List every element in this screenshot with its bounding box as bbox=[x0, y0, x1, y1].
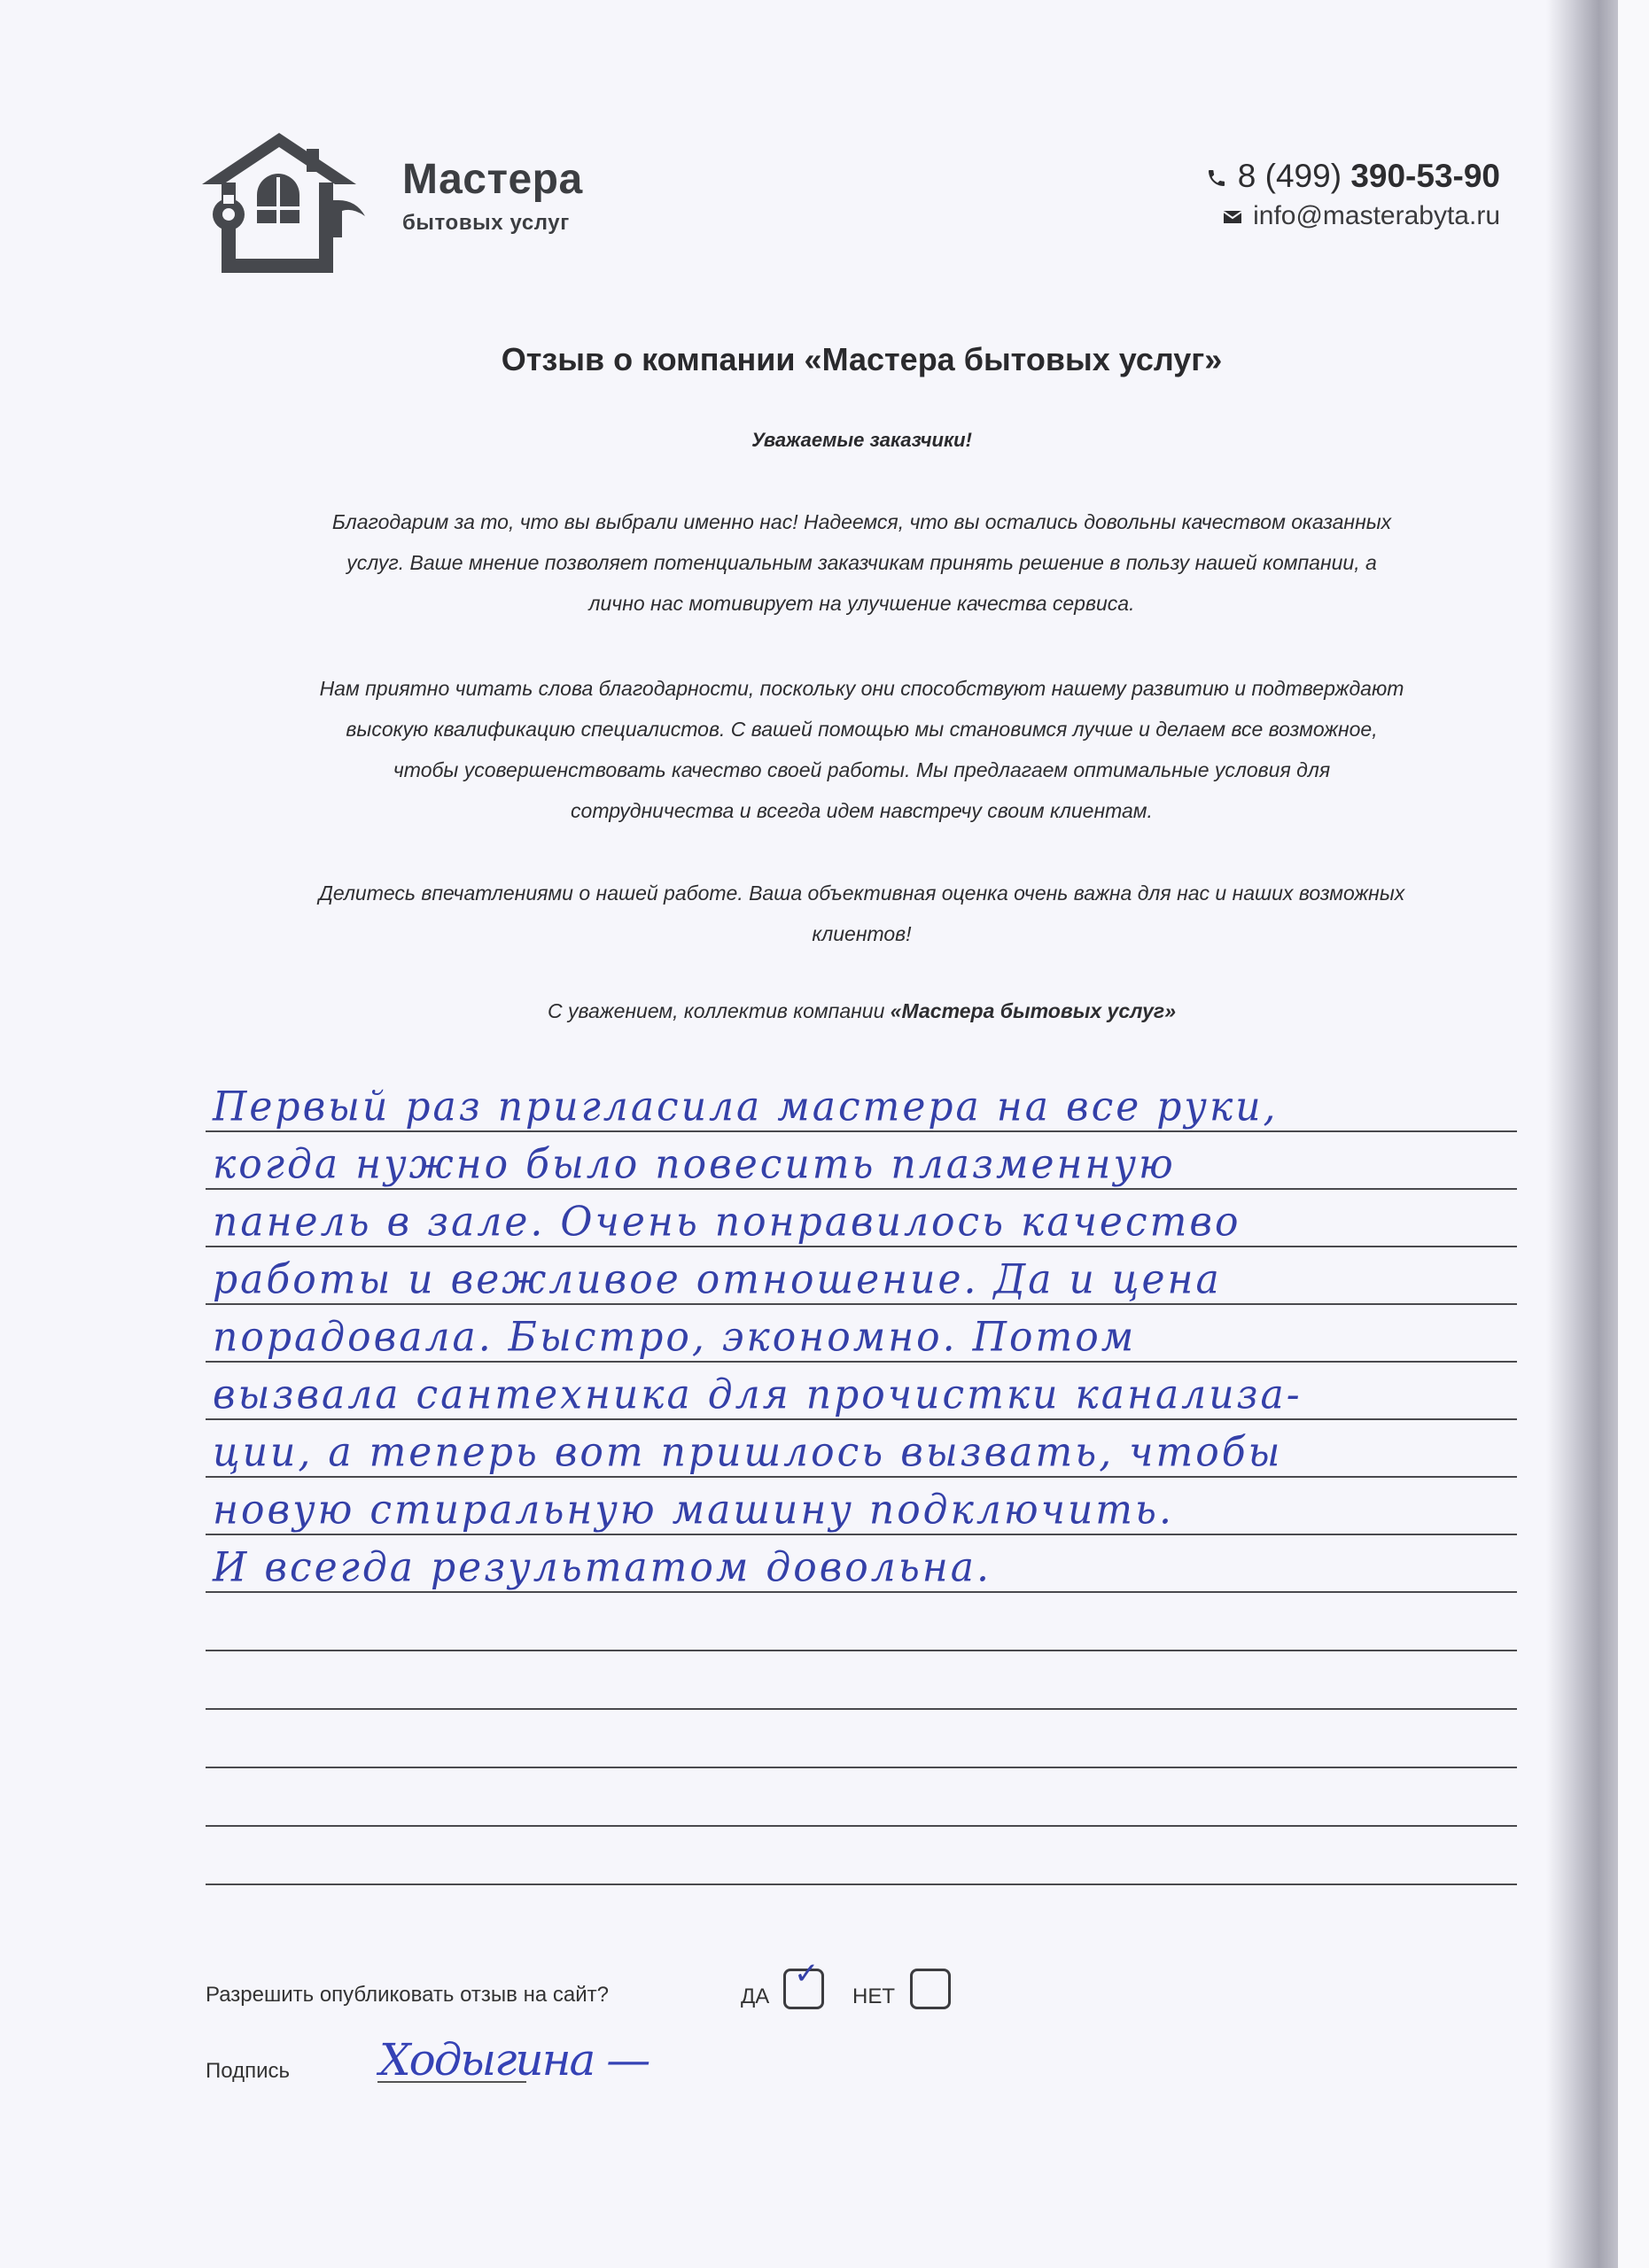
ruled-line bbox=[206, 1418, 1517, 1420]
publish-question: Разрешить опубликовать отзыв на сайт? bbox=[206, 1983, 609, 2008]
handwritten-line: ции, а теперь вот пришлось вызвать, чтоб… bbox=[213, 1429, 1282, 1477]
signature-label: Подпись bbox=[206, 2059, 290, 2084]
brand-subtitle: бытовых услуг bbox=[402, 211, 570, 236]
scan-edge-shadow bbox=[1546, 0, 1622, 2268]
ruled-line bbox=[206, 1767, 1517, 1768]
ruled-line bbox=[206, 1884, 1517, 1885]
house-with-tools-icon bbox=[202, 133, 370, 275]
paragraph-line: Делитесь впечатлениями о нашей работе. В… bbox=[199, 873, 1524, 913]
signoff-company: «Мастера бытовых услуг» bbox=[891, 999, 1176, 1022]
handwritten-line: новую стиральную машину подключить. bbox=[213, 1487, 1174, 1534]
ruled-line bbox=[206, 1476, 1517, 1478]
ruled-line bbox=[206, 1303, 1517, 1305]
review-form-page: Мастера бытовых услуг 8 (499) 390-53-90 … bbox=[0, 0, 1649, 2268]
handwritten-line: когда нужно было повесить плазменную bbox=[213, 1141, 1176, 1189]
paragraph-line: сотрудничества и всегда идем навстречу с… bbox=[199, 790, 1524, 831]
ruled-line bbox=[206, 1130, 1517, 1132]
email-line: info@masterabyta.ru bbox=[1206, 197, 1500, 236]
intro-paragraph-1: Благодарим за то, что вы выбрали именно … bbox=[199, 501, 1524, 624]
phone-number: 390-53-90 bbox=[1350, 158, 1500, 194]
handwritten-line: И всегда результатом довольна. bbox=[213, 1544, 992, 1592]
no-label: НЕТ bbox=[852, 1984, 895, 2009]
paragraph-line: чтобы усовершенствовать качество своей р… bbox=[199, 750, 1524, 790]
signature-underline bbox=[377, 2081, 526, 2083]
handwritten-line: Первый раз пригласила мастера на все рук… bbox=[213, 1084, 1279, 1131]
page-title: Отзыв о компании «Мастера бытовых услуг» bbox=[0, 341, 1649, 378]
paragraph-line: услуг. Ваше мнение позволяет потенциальн… bbox=[199, 542, 1524, 583]
signature: Ходыгина — bbox=[379, 2034, 649, 2085]
brand-name: Мастера bbox=[402, 155, 583, 204]
ruled-line bbox=[206, 1361, 1517, 1363]
intro-paragraph-3: Делитесь впечатлениями о нашей работе. В… bbox=[199, 873, 1524, 954]
scan-margin bbox=[1618, 0, 1649, 2268]
contact-block: 8 (499) 390-53-90 info@masterabyta.ru bbox=[1206, 156, 1500, 236]
ruled-line bbox=[206, 1825, 1517, 1827]
signoff-prefix: С уважением, коллектив компании bbox=[548, 999, 884, 1022]
email-address: info@masterabyta.ru bbox=[1253, 201, 1500, 230]
ruled-line bbox=[206, 1534, 1517, 1535]
phone-prefix: 8 (499) bbox=[1238, 158, 1342, 194]
greeting: Уважаемые заказчики! bbox=[0, 429, 1649, 452]
ruled-line bbox=[206, 1708, 1517, 1710]
handwritten-line: панель в зале. Очень понравилось качеств… bbox=[213, 1199, 1241, 1247]
paragraph-line: клиентов! bbox=[199, 913, 1524, 954]
yes-label: ДА bbox=[741, 1984, 769, 2009]
intro-paragraph-2: Нам приятно читать слова благодарности, … bbox=[199, 668, 1524, 831]
phone-icon bbox=[1206, 167, 1227, 189]
ruled-line bbox=[206, 1591, 1517, 1593]
envelope-icon bbox=[1223, 209, 1242, 225]
phone-line: 8 (499) 390-53-90 bbox=[1206, 156, 1500, 197]
handwritten-line: вызвала сантехника для прочистки канализ… bbox=[213, 1371, 1303, 1419]
ruled-line bbox=[206, 1246, 1517, 1247]
signoff: С уважением, коллектив компании «Мастера… bbox=[0, 999, 1649, 1023]
handwritten-line: порадовала. Быстро, экономно. Потом bbox=[213, 1314, 1136, 1362]
paragraph-line: Нам приятно читать слова благодарности, … bbox=[199, 668, 1524, 709]
paragraph-line: Благодарим за то, что вы выбрали именно … bbox=[199, 501, 1524, 542]
ruled-line bbox=[206, 1188, 1517, 1190]
check-mark-icon: ✓ bbox=[794, 1956, 820, 1992]
paragraph-line: высокую квалификацию специалистов. С ваш… bbox=[199, 709, 1524, 750]
ruled-line bbox=[206, 1650, 1517, 1651]
paragraph-line: лично нас мотивирует на улучшение качест… bbox=[199, 583, 1524, 624]
handwritten-line: работы и вежливое отношение. Да и цена bbox=[213, 1256, 1222, 1304]
publish-no-checkbox[interactable] bbox=[910, 1969, 951, 2009]
